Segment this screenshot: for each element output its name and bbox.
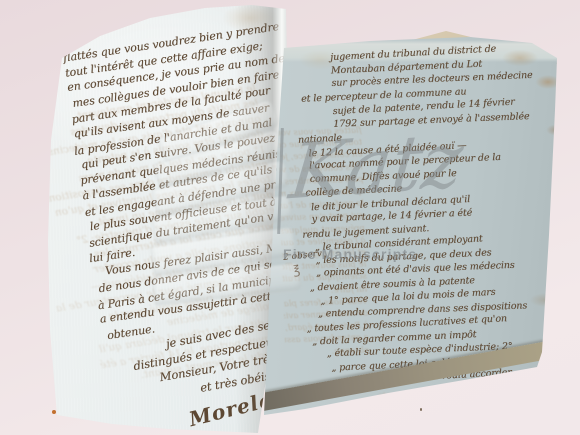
right-page-body-block: le 12 la cause a été plaidée ouï —l'avoc… — [300, 136, 539, 241]
right-page-handwriting: jugement du tribunal du district deMonta… — [296, 41, 546, 389]
bleed-line: et très obéissant serviteur — [307, 418, 496, 419]
ink-speck — [52, 410, 56, 414]
background-speck — [420, 408, 422, 411]
manuscript-photo: „ le tribunal considérant employant„ les… — [0, 0, 580, 435]
bleed-line: Monsieur, Votre très humble — [307, 407, 497, 419]
right-page-heading-block: jugement du tribunal du district deMonta… — [296, 41, 535, 146]
